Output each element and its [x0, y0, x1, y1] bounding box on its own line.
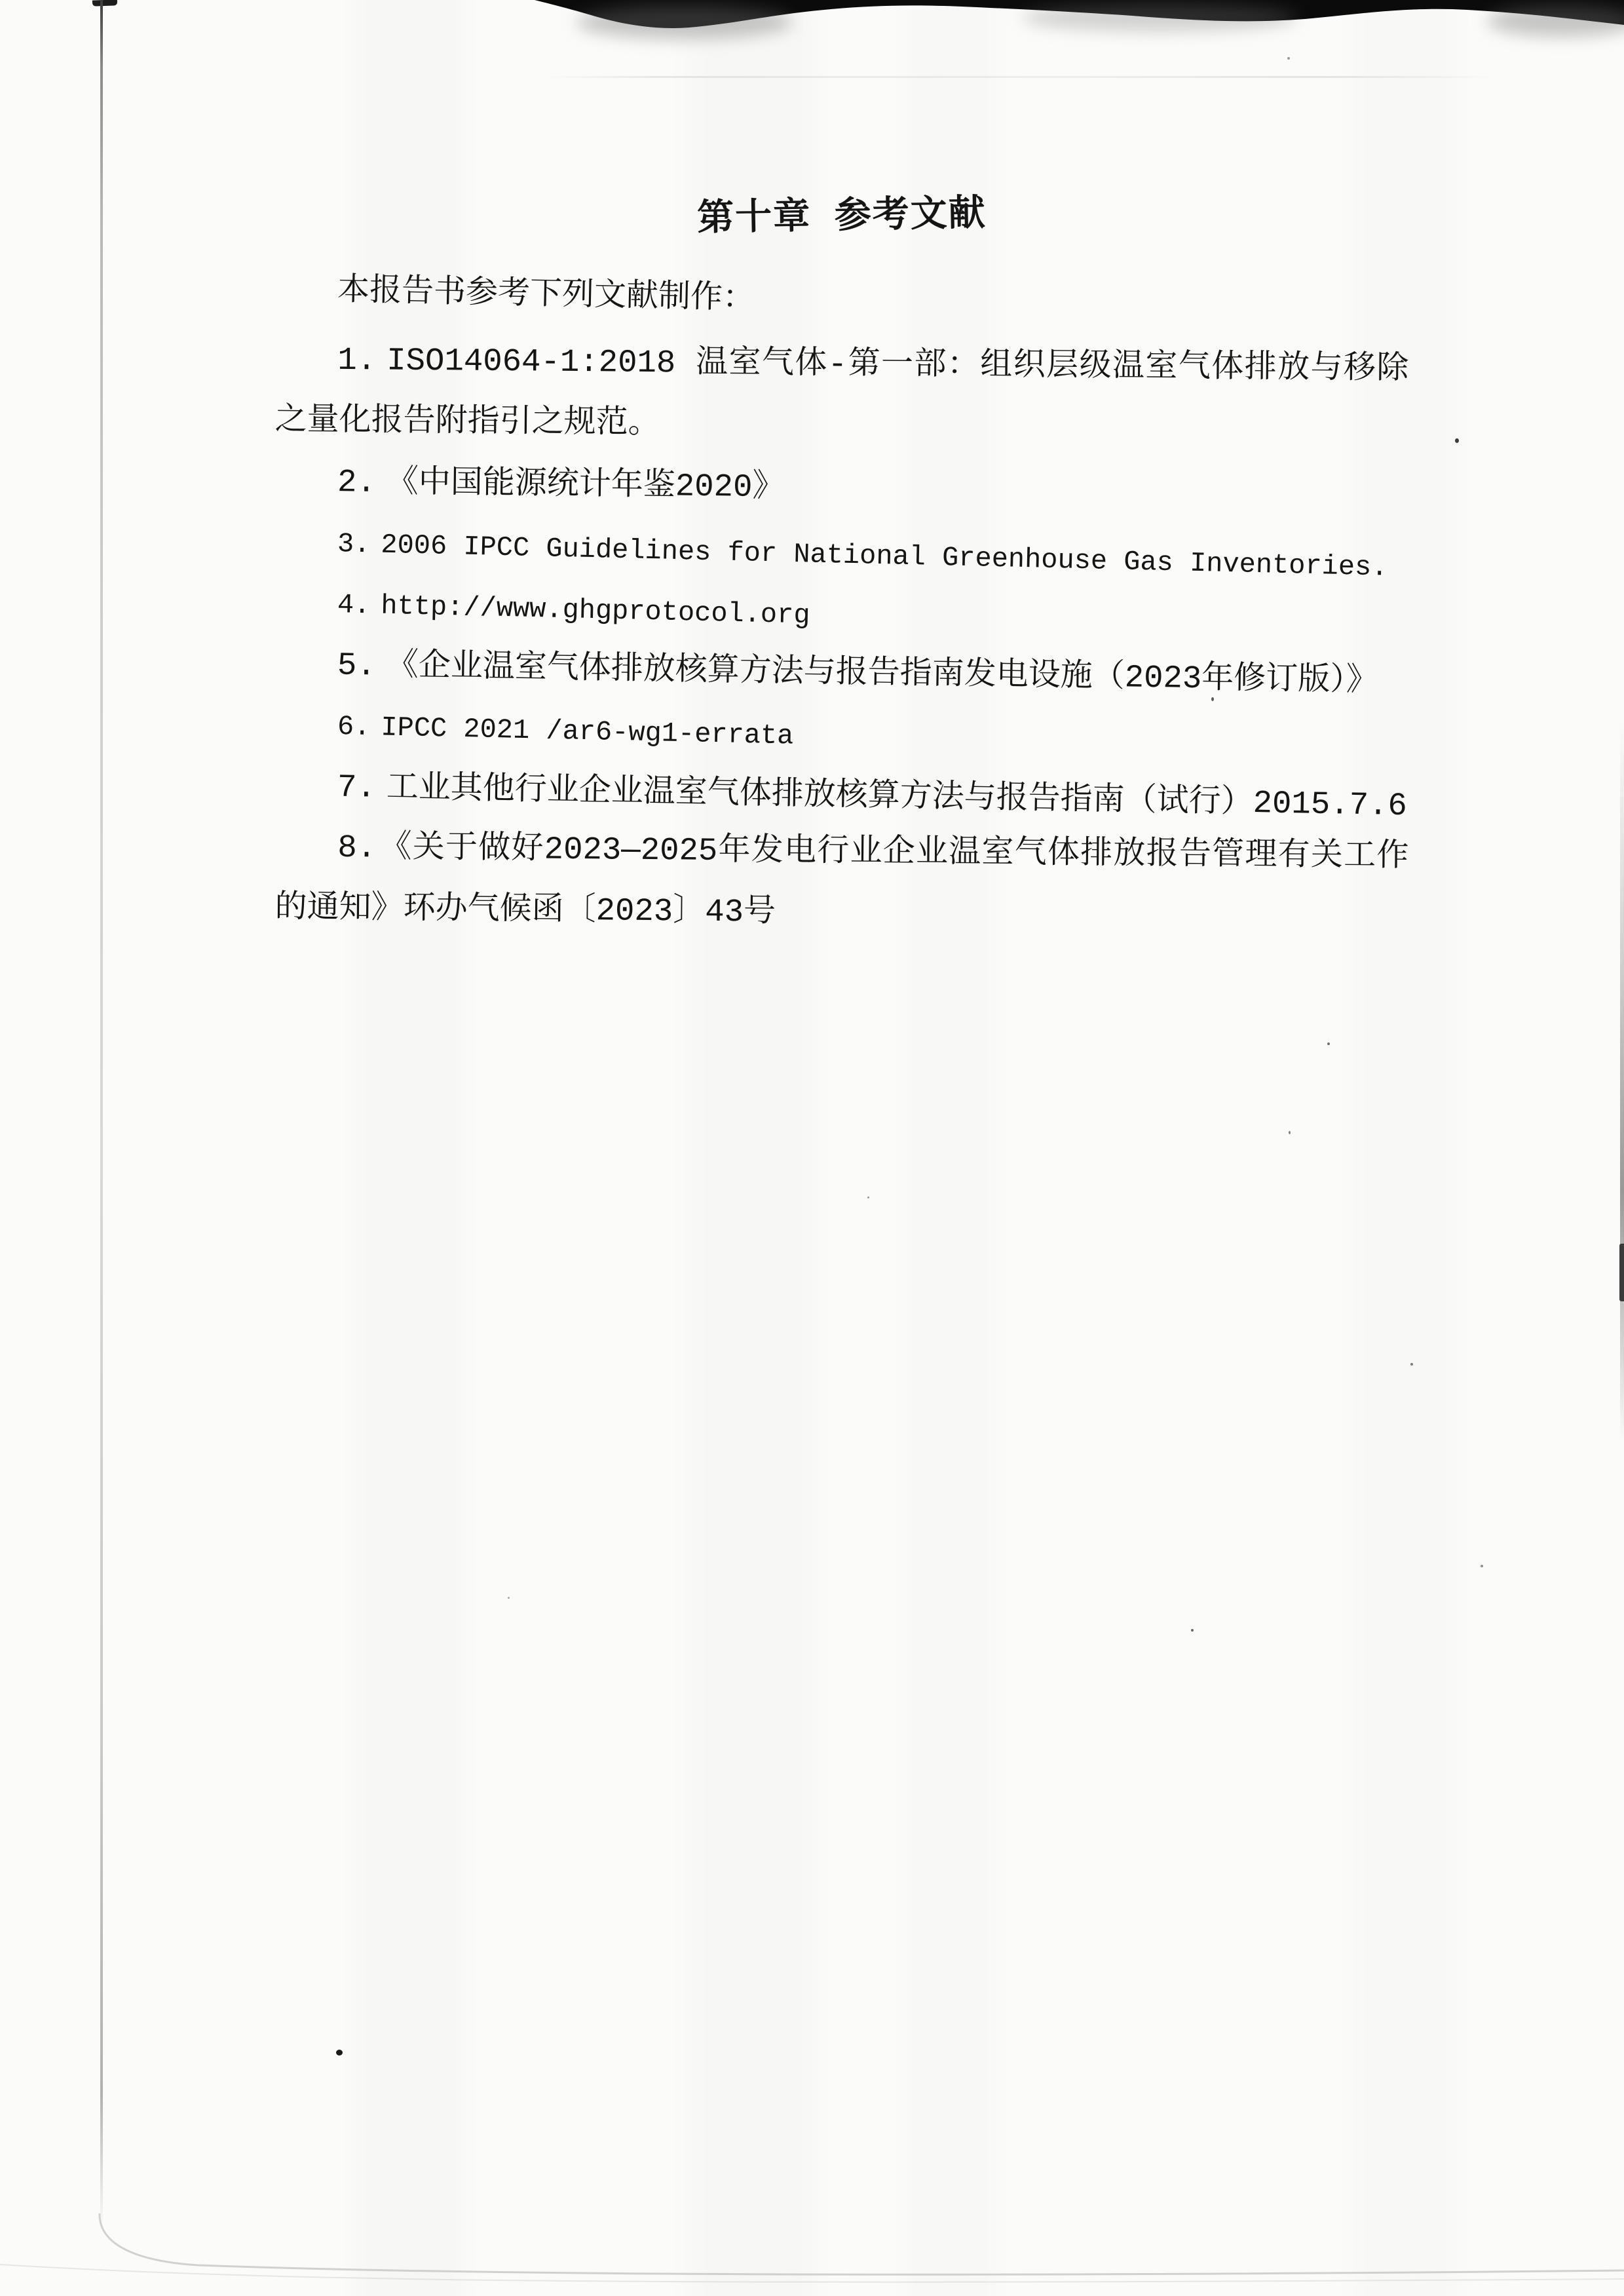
reference-list: 1.ISO14064-1:2018 温室气体-第一部：组织层级温室气体排放与移除…: [275, 330, 1408, 939]
reference-item-8: 8.《关于做好2023—2025年发电行业企业温室气体排放报告管理有关工作的通知…: [274, 817, 1409, 949]
scanned-page: 第十章 参考文献 本报告书参考下列文献制作： 1.ISO14064-1:2018…: [0, 0, 1624, 2296]
right-edge-mark: [1619, 1244, 1624, 1301]
reference-number: 3.: [337, 528, 370, 560]
reference-number: 6.: [337, 711, 370, 743]
scan-top-band-artifact: [0, 0, 1624, 59]
reference-text: 工业其他行业企业温室气体排放核算方法与报告指南（试行）2015.7.6: [386, 770, 1407, 824]
reference-text: 《关于做好2023—2025年发电行业企业温室气体排放报告管理有关工作的通知》环…: [274, 830, 1408, 930]
right-edge-shadow: [1620, 721, 1624, 1442]
reference-text: 《中国能源统计年鉴2020》: [386, 465, 784, 506]
scan-line-artifact: [542, 76, 1500, 78]
page-edge-line: [100, 0, 103, 2228]
reference-number: 4.: [337, 589, 370, 621]
reference-text: ISO14064-1:2018 温室气体-第一部：组织层级温室气体排放与移除之量…: [274, 342, 1408, 442]
bottom-curl-shadow: [0, 2202, 1624, 2296]
page-corner-mark: [92, 0, 117, 7]
reference-text: IPCC 2021 /ar6-wg1-errata: [381, 712, 794, 752]
page-content: 第十章 参考文献 本报告书参考下列文献制作： 1.ISO14064-1:2018…: [275, 194, 1408, 939]
reference-number: 8.: [337, 830, 376, 867]
reference-number: 7.: [337, 769, 377, 807]
reference-text: http://www.ghgprotocol.org: [381, 590, 810, 632]
scan-shadow-blob: [1022, 4, 1297, 31]
reference-number: 1.: [337, 342, 376, 379]
chapter-title: 第十章 参考文献: [275, 184, 1409, 251]
reference-number: 2.: [337, 464, 376, 501]
reference-item-2: 2.《中国能源统计年鉴2020》: [274, 451, 1408, 526]
scan-shadow-blob: [1487, 5, 1624, 37]
reference-text: 2006 IPCC Guidelines for National Greenh…: [381, 529, 1388, 584]
reference-text: 《企业温室气体排放核算方法与报告指南发电设施（2023年修订版）》: [386, 648, 1378, 700]
reference-item-1: 1.ISO14064-1:2018 温室气体-第一部：组织层级温室气体排放与移除…: [274, 330, 1409, 461]
scan-shadow-blob: [576, 5, 793, 39]
reference-number: 5.: [337, 647, 377, 684]
